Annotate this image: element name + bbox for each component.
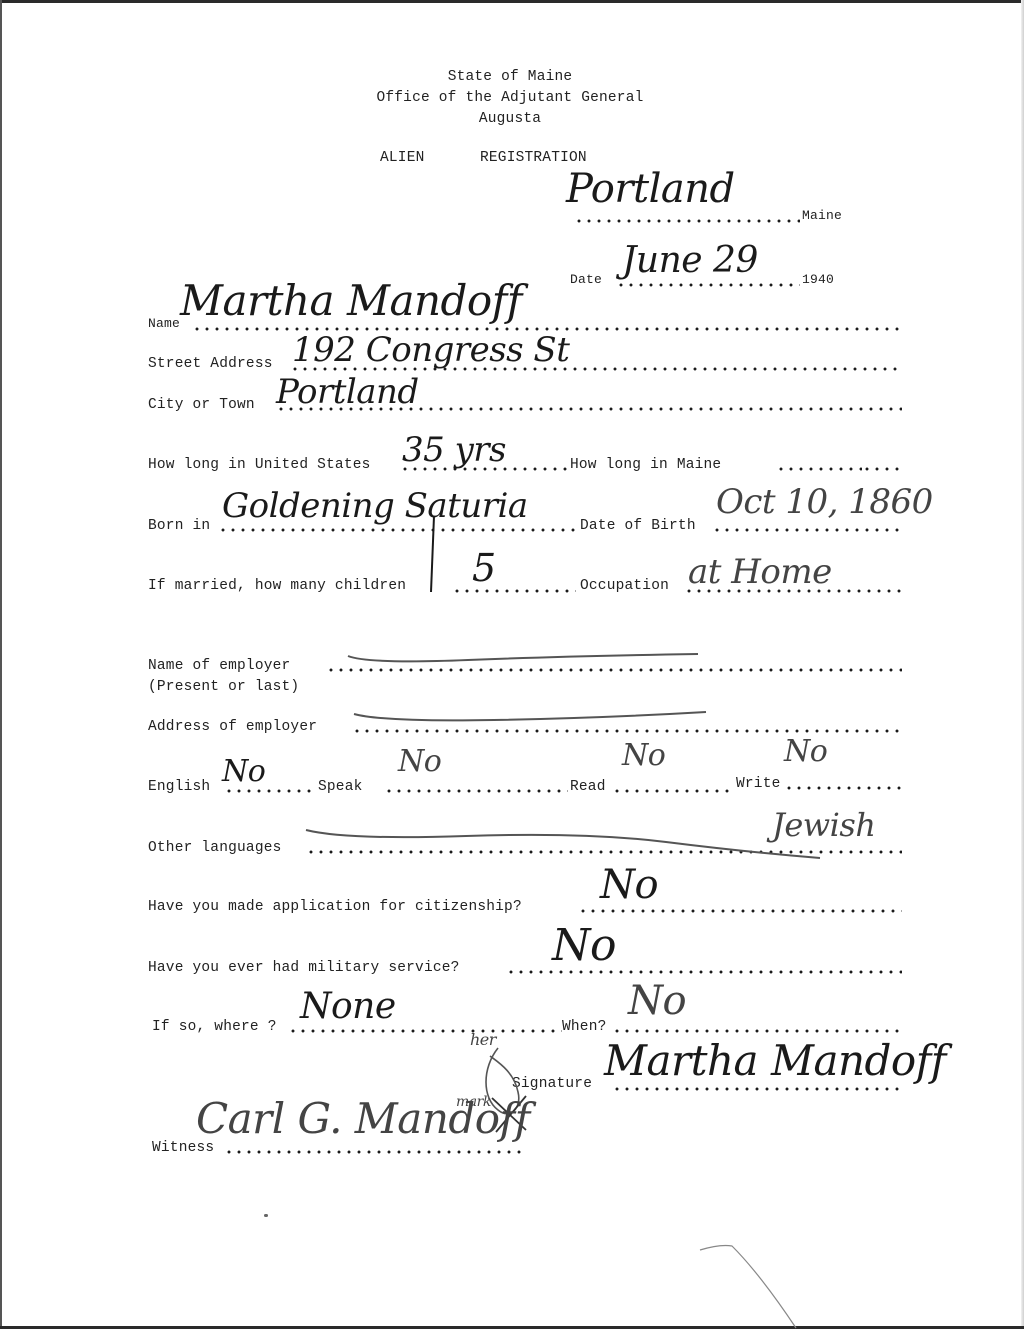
where-value: None [300, 986, 396, 1027]
signature-value: Martha Mandoff [604, 1036, 946, 1085]
employer-name-label: Name of employer [148, 658, 290, 674]
where-dotted-line [288, 1029, 562, 1033]
when-dotted-line [612, 1029, 902, 1033]
header-office: Office of the Adjutant General [0, 90, 1020, 106]
english-label: English [148, 779, 210, 795]
write-value: No [784, 734, 827, 769]
street-address-label: Street Address [148, 356, 273, 372]
citizenship-label: Have you made application for citizenshi… [148, 899, 522, 915]
street-address-value: 192 Congress St [292, 330, 569, 370]
witness-dotted-line [224, 1150, 524, 1154]
occupation-label: Occupation [580, 578, 669, 594]
name-label: Name [148, 316, 180, 331]
signature-mark-her: her [470, 1030, 496, 1049]
read-dotted-line [612, 789, 732, 793]
place-dotted-line [574, 219, 800, 223]
stray-pen-mark [700, 1244, 820, 1329]
date-value: June 29 [622, 240, 758, 281]
children-dotted-line [452, 589, 576, 593]
other-languages-value: Jewish [772, 806, 875, 844]
when-value: No [628, 978, 686, 1024]
other-languages-strike [306, 826, 826, 862]
city-label: City or Town [148, 397, 255, 413]
title-registration: REGISTRATION [480, 150, 587, 166]
born-in-label: Born in [148, 518, 210, 534]
header-state: State of Maine [0, 69, 1020, 85]
english-dotted-line [224, 789, 316, 793]
scan-frame-left [0, 0, 2, 1329]
scan-frame-top [0, 0, 1024, 3]
date-of-birth-dotted-line [712, 528, 902, 532]
how-long-us-value: 35 yrs [402, 430, 506, 470]
where-label: If so, where ? [152, 1019, 277, 1035]
occupation-value: at Home [688, 552, 832, 592]
city-value: Portland [276, 372, 419, 412]
how-long-maine-dotted-line [776, 467, 862, 471]
witness-value: Carl G. Mandoff [196, 1094, 530, 1143]
date-of-birth-value: Oct 10, 1860 [716, 482, 933, 522]
when-label: When? [562, 1019, 607, 1035]
born-in-flourish [428, 516, 438, 596]
other-languages-label: Other languages [148, 840, 282, 856]
place-value: Portland [566, 166, 735, 212]
children-value: 5 [472, 546, 496, 590]
how-long-us-label: How long in United States [148, 457, 371, 473]
how-long-maine-label: How long in Maine [570, 457, 721, 473]
write-label: Write [736, 776, 781, 792]
stray-speck [264, 1214, 268, 1217]
date-year: 1940 [802, 272, 834, 287]
born-in-value: Goldening Saturia [222, 486, 528, 526]
english-value: No [222, 754, 265, 789]
employer-address-label: Address of employer [148, 719, 317, 735]
employer-name-sublabel: (Present or last) [148, 679, 299, 695]
speak-dotted-line [384, 789, 568, 793]
speak-value: No [398, 744, 441, 779]
citizenship-dotted-line [578, 909, 902, 913]
military-label: Have you ever had military service? [148, 960, 460, 976]
employer-address-strike [354, 710, 714, 730]
date-dotted-line [616, 283, 800, 287]
born-in-dotted-line [218, 528, 578, 532]
employer-name-strike [348, 650, 708, 670]
write-dotted-line [784, 786, 902, 790]
how-long-maine-dotted-line-2 [862, 467, 902, 471]
header-city: Augusta [0, 111, 1020, 127]
children-label: If married, how many children [148, 578, 406, 594]
place-state-label: Maine [802, 208, 842, 223]
title-alien: ALIEN [380, 150, 425, 166]
read-value: No [622, 738, 665, 773]
military-value: No [552, 920, 616, 971]
date-label: Date [570, 272, 602, 287]
read-label: Read [570, 779, 606, 795]
date-of-birth-label: Date of Birth [580, 518, 696, 534]
citizenship-value: No [600, 862, 658, 908]
signature-dotted-line [612, 1087, 902, 1091]
name-value: Martha Mandoff [180, 276, 522, 325]
speak-label: Speak [318, 779, 363, 795]
